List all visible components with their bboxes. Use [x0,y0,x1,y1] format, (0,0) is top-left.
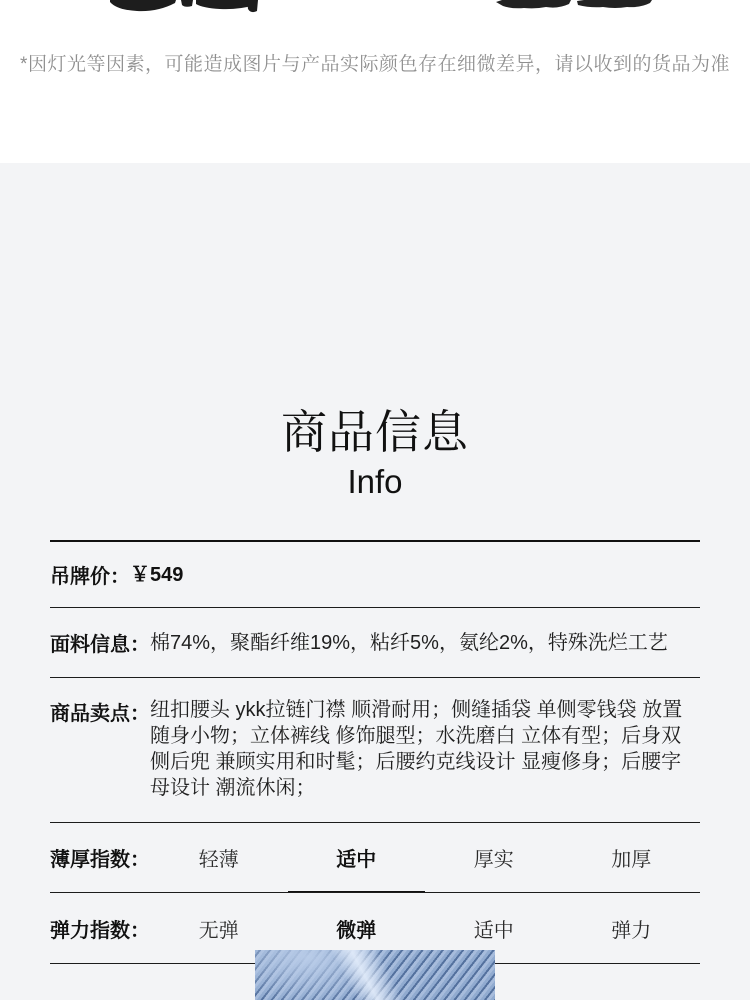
top-cropped-image-strip [0,0,750,16]
fabric-value: 棉74%，聚酯纤维19%，粘纤5%，氨纶2%，特殊洗烂工艺 [150,632,700,654]
price-value: ￥549 [130,565,700,585]
product-info-table: 吊牌价： ￥549 面料信息： 棉74%，聚酯纤维19%，粘纤5%，氨纶2%，特… [50,540,700,964]
thickness-option-extra-thick: 加厚 [563,823,701,892]
table-row-selling-points: 商品卖点： 纽扣腰头 ykk拉链门襟 顺滑耐用；侧缝插袋 单侧零钱袋 放置随身小… [50,678,700,823]
table-row-fabric: 面料信息： 棉74%，聚酯纤维19%，粘纤5%，氨纶2%，特殊洗烂工艺 [50,608,700,678]
thickness-option-medium: 适中 [288,823,426,892]
denim-fabric-image [255,950,495,1000]
cropped-dark-photo-fragment-left [110,0,258,12]
price-label: 吊牌价： [50,560,130,589]
stretch-option-stretchy: 弹力 [563,893,701,963]
table-row-thickness-index: 薄厚指数： 轻薄 适中 厚实 加厚 [50,823,700,893]
thickness-index-scale: 轻薄 适中 厚实 加厚 [150,823,700,892]
cropped-dark-photo-fragment-right [496,0,652,8]
section-title: 商品信息 [0,409,750,455]
thickness-option-light: 轻薄 [150,823,288,892]
thickness-option-thick: 厚实 [425,823,563,892]
selling-points-label: 商品卖点： [50,697,150,726]
product-info-section: 商品信息 Info 吊牌价： ￥549 面料信息： 棉74%，聚酯纤维19%，粘… [0,163,750,1000]
section-subtitle-en: Info [0,465,750,499]
selling-points-value: 纽扣腰头 ykk拉链门襟 顺滑耐用；侧缝插袋 单侧零钱袋 放置随身小物；立体裤线… [150,697,700,801]
fabric-label: 面料信息： [50,628,150,657]
table-row-price: 吊牌价： ￥549 [50,542,700,608]
stretch-index-label: 弹力指数： [50,914,150,943]
color-difference-disclaimer: *因灯光等因素，可能造成图片与产品实际颜色存在细微差异，请以收到的货品为准 [0,54,750,76]
thickness-index-label: 薄厚指数： [50,843,150,872]
